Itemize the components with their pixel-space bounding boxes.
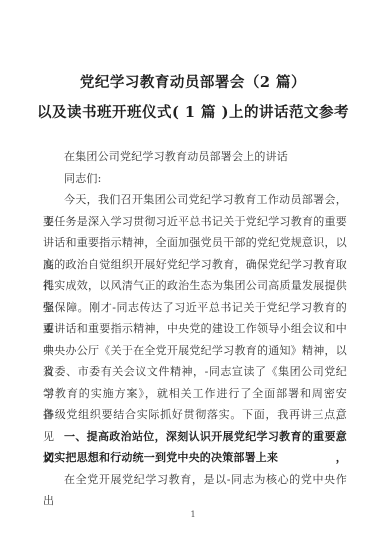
body-line: 中央办公厅《关于在全党开展党纪学习教育的通知》精神，以及	[43, 340, 347, 362]
body-line: 在集团公司党纪学习教育动员部署会上的讲话	[43, 146, 347, 168]
body-line: 在全党开展党纪学习教育，是以-同志为核心的党中央作出	[43, 469, 347, 491]
body-line: 省委、市委有关会议文件精神，-同志宣读了《集团公司党纪学	[43, 361, 347, 383]
document-body: 在集团公司党纪学习教育动员部署会上的讲话同志们:今天，我们召开集团公司党纪学习教…	[0, 146, 386, 490]
body-line: 强保障。刚才-同志传达了习近平总书记关于党纪学习教育的重	[43, 297, 347, 319]
body-line: 各级党组织要结合实际抓好贯彻落实。下面，我再讲三点意见。	[43, 404, 347, 426]
page-number: 1	[0, 509, 386, 521]
body-line: 扎实成效，以风清气正的政治生态为集团公司高质量发展提供坚	[43, 275, 347, 297]
body-line: 一、提高政治站位，深刻认识开展党纪学习教育的重要意义，	[43, 426, 347, 448]
title-line-2: 以及读书班开班仪式( 1 篇 )上的讲话范文参考	[0, 98, 386, 128]
body-line: 度的政治自觉组织开展好党纪学习教育，确保党纪学习教育取得	[43, 254, 347, 276]
body-line: 今天，我们召开集团公司党纪学习教育工作动员部署会，主	[43, 189, 347, 211]
document-title: 党纪学习教育动员部署会（2 篇） 以及读书班开班仪式( 1 篇 )上的讲话范文参…	[0, 68, 386, 128]
body-line: 同志们:	[43, 168, 347, 190]
body-line: 要讲话和重要指示精神，中央党的建设工作领导小组会议和中共	[43, 318, 347, 340]
body-line: 习教育的实施方案》，就相关工作进行了全面部署和周密安排，	[43, 383, 347, 405]
title-line-1: 党纪学习教育动员部署会（2 篇）	[0, 68, 386, 98]
body-line: 讲话和重要指示精神，全面加强党员干部的党纪党规意识，以高	[43, 232, 347, 254]
document-page: 党纪学习教育动员部署会（2 篇） 以及读书班开班仪式( 1 篇 )上的讲话范文参…	[0, 0, 386, 550]
body-line: 要任务是深入学习贯彻习近平总书记关于党纪学习教育的重要	[43, 211, 347, 233]
